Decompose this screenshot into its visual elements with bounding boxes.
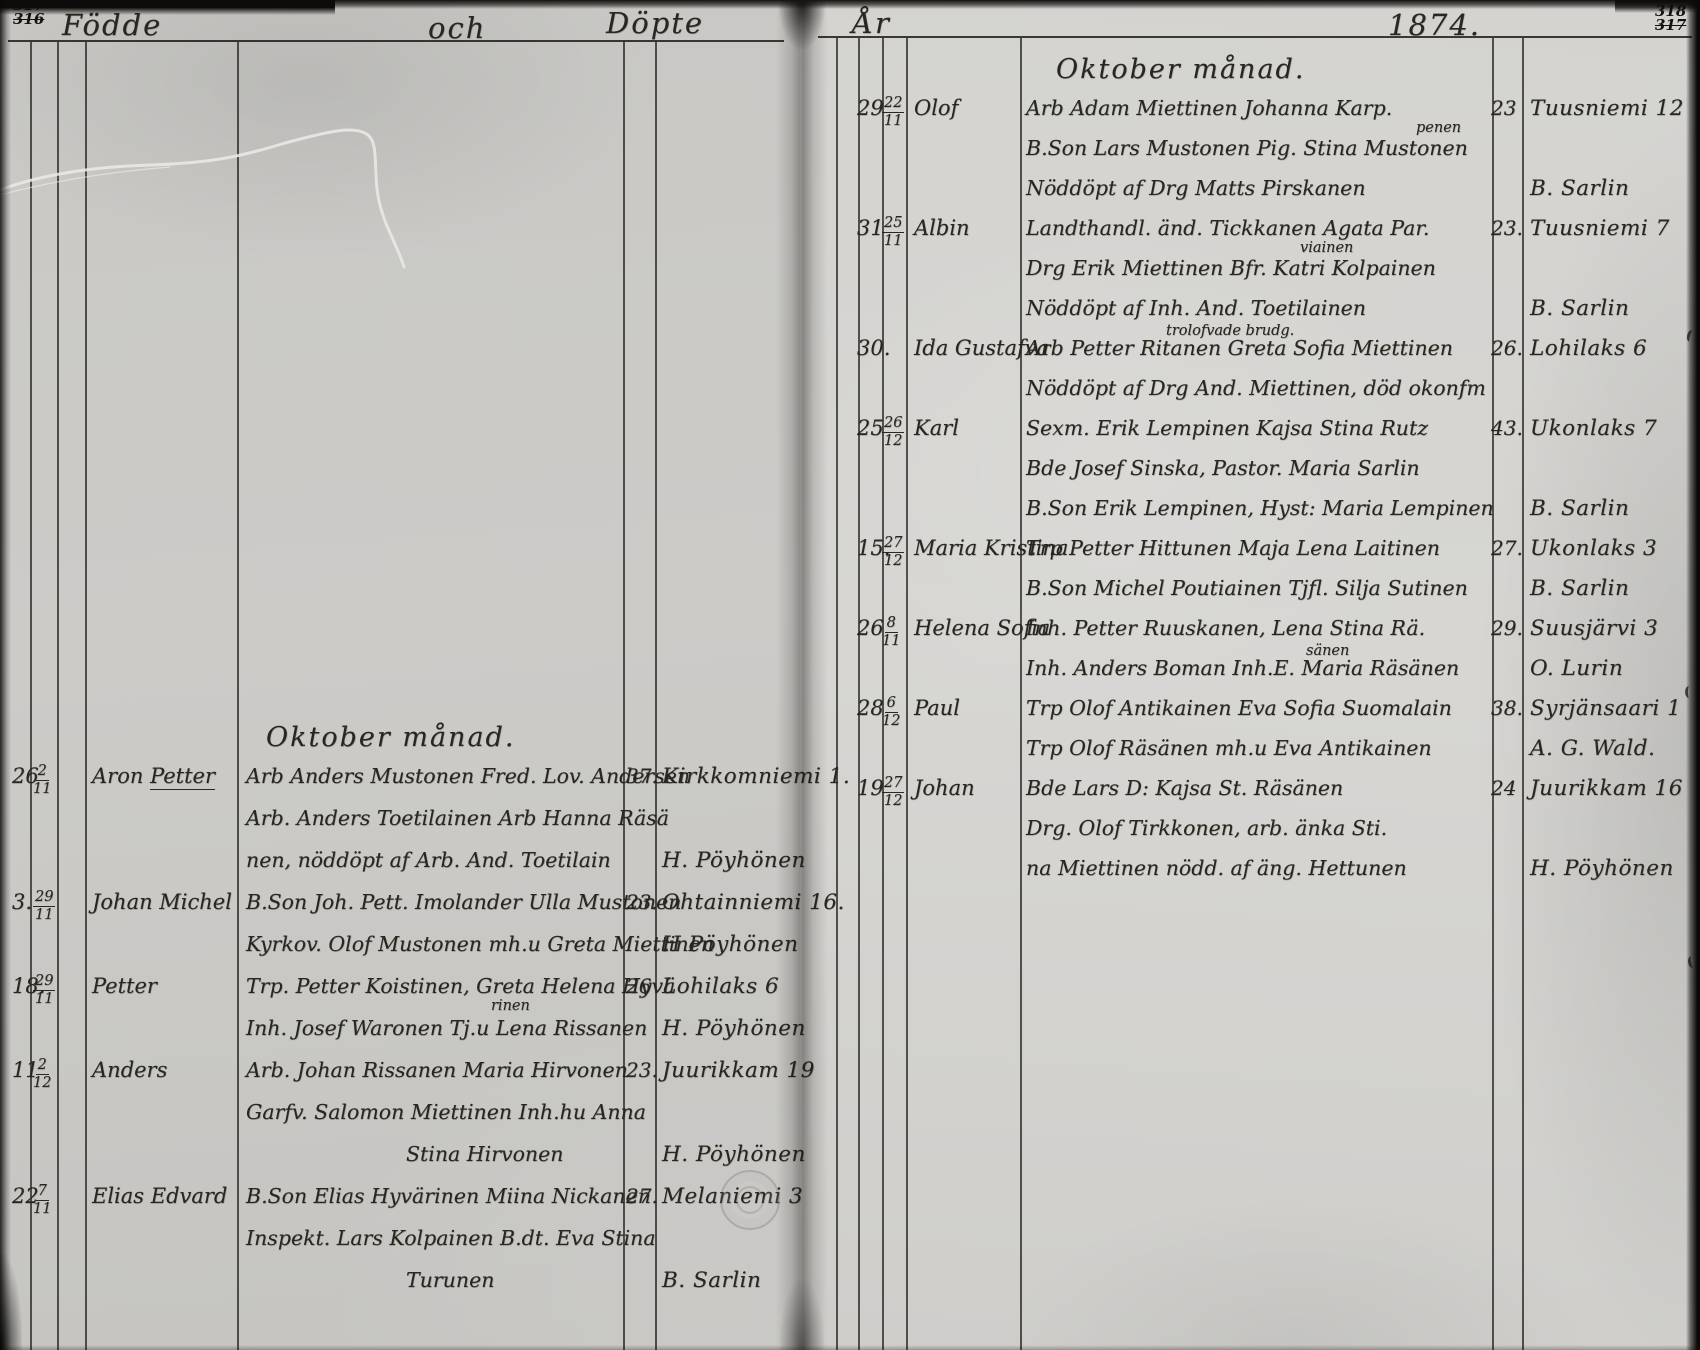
entry-parish: Suusjärvi 3 <box>1530 616 1658 641</box>
entry-date: 2712 <box>882 536 904 568</box>
entry-row: 192712JohanBde Lars D: Kajsa St. Räsänen… <box>0 776 1700 812</box>
entry-text: Bde Lars D: Kajsa St. Räsänen <box>1026 776 1343 800</box>
entry-row: 26811Helena SofiaInh. Petter Ruuskanen, … <box>0 616 1700 652</box>
entry-date-day: 6 <box>885 696 898 713</box>
entry-row: 28612PaulTrp Olof Antikainen Eva Sofia S… <box>0 696 1700 732</box>
entry-date: 2712 <box>882 776 904 808</box>
entry-date: 2211 <box>882 96 904 128</box>
entry-date: 2612 <box>882 416 904 448</box>
binding-gutter <box>776 0 828 1350</box>
entry-number: 29 <box>857 96 884 120</box>
entry-date-day: 27 <box>882 536 904 553</box>
entry-row: 15.2712Maria KristinaTrp Petter Hittunen… <box>0 536 1700 572</box>
entry-name: Albin <box>914 216 970 240</box>
entry-note: sänen <box>1306 643 1349 659</box>
entry-text: Drg. Olof Tirkkonen, arb. änka Sti. <box>1026 816 1387 840</box>
entry-date: 811 <box>882 616 900 648</box>
entry-parish: B. Sarlin <box>1530 176 1629 201</box>
entry-age: 27. <box>1491 536 1523 560</box>
embossed-seal-inner <box>736 1186 764 1214</box>
entry-text: B.Son Lars Mustonen Pig. Stina Mustonen <box>1026 136 1468 160</box>
entry-parish: H. Pöyhönen <box>1530 856 1674 881</box>
entry-name: Karl <box>914 416 959 440</box>
entry-parish: Ukonlaks 3 <box>1530 536 1657 561</box>
entry-date-day: 27 <box>882 776 904 793</box>
entry-date-month: 12 <box>884 433 902 449</box>
entry-text: Inh. Petter Ruuskanen, Lena Stina Rä. <box>1026 616 1425 640</box>
entry-age: 23. <box>1491 216 1523 240</box>
entry-parish: B. Sarlin <box>1530 576 1629 601</box>
binding-gutter-shadow <box>780 1280 824 1350</box>
entry-row: Drg. Olof Tirkkonen, arb. änka Sti. <box>0 816 1700 852</box>
entry-text: Sexm. Erik Lempinen Kajsa Stina Rutz <box>1026 416 1428 440</box>
paper-crease <box>0 105 450 305</box>
entry-text: na Miettinen nödd. af äng. Hettunen <box>1026 856 1407 880</box>
entry-text: B.Son Michel Poutiainen Tjfl. Silja Suti… <box>1026 576 1468 600</box>
entry-date-month: 11 <box>884 233 902 249</box>
entry-text: Trp Petter Hittunen Maja Lena Laitinen <box>1026 536 1440 560</box>
entry-text: Trp Olof Antikainen Eva Sofia Suomalain <box>1026 696 1452 720</box>
entry-date-month: 12 <box>882 713 900 729</box>
entry-text: Arb Petter Ritanen Greta Sofia Miettinen <box>1026 336 1453 360</box>
entry-name: Olof <box>914 96 958 120</box>
entry-number: 31 <box>857 216 884 240</box>
entry-age: 43. <box>1491 416 1523 440</box>
entry-row: 252612KarlSexm. Erik Lempinen Kajsa Stin… <box>0 416 1700 452</box>
scan-edge <box>1686 0 1700 1350</box>
entry-text: Drg Erik Miettinen Bfr. Katri Kolpainen <box>1026 256 1436 280</box>
scan-edge-corner <box>0 1255 22 1350</box>
entry-text: Nöddöpt af Inh. And. Toetilainen <box>1026 296 1366 320</box>
embossed-seal <box>720 1170 780 1230</box>
entry-name: Johan <box>914 776 975 800</box>
entry-age: 24 <box>1491 776 1516 800</box>
entry-parish: Juurikkam 16 <box>1530 776 1683 801</box>
entry-row: B.Son Michel Poutiainen Tjfl. Silja Suti… <box>0 576 1700 612</box>
page-edge-mark <box>1685 686 1693 698</box>
scan-edge <box>0 1345 1700 1350</box>
entry-parish: Syrjänsaari 1 <box>1530 696 1681 721</box>
entry-age: 38. <box>1491 696 1523 720</box>
entry-text: Arb Adam Miettinen Johanna Karp. <box>1026 96 1392 120</box>
entry-row: Bde Josef Sinska, Pastor. Maria Sarlin <box>0 456 1700 492</box>
entry-date-month: 11 <box>884 113 902 129</box>
entry-note: trolofvade brudg. <box>1166 323 1294 339</box>
entry-row: Inh. Anders Boman Inh.E. Maria RäsänenO.… <box>0 656 1700 692</box>
entry-number: 25 <box>857 416 884 440</box>
entry-parish: O. Lurin <box>1530 656 1623 681</box>
entry-number: 30. <box>857 336 890 360</box>
entry-parish: Ukonlaks 7 <box>1530 416 1657 441</box>
entry-parish: A. G. Wald. <box>1530 736 1655 761</box>
entry-age: 26. <box>1491 336 1523 360</box>
entry-number: 19 <box>857 776 884 800</box>
entry-text: Nöddöpt af Drg Matts Pirskanen <box>1026 176 1366 200</box>
entry-date-day: 8 <box>885 616 898 633</box>
entry-date-day: 22 <box>882 96 904 113</box>
entry-date-month: 11 <box>882 633 900 649</box>
entry-row: Trp Olof Räsänen mh.u Eva AntikainenA. G… <box>0 736 1700 772</box>
entry-parish: Tuusniemi 7 <box>1530 216 1670 241</box>
entry-parish: B. Sarlin <box>1530 296 1629 321</box>
entry-text: Inh. Anders Boman Inh.E. Maria Räsänen <box>1026 656 1459 680</box>
entry-note: penen <box>1416 120 1461 136</box>
entry-row: Nöddöpt af Drg And. Miettinen, död okonf… <box>0 376 1700 412</box>
entry-text: Trp Olof Räsänen mh.u Eva Antikainen <box>1026 736 1432 760</box>
entry-date-month: 12 <box>884 793 902 809</box>
entry-age: 29. <box>1491 616 1523 640</box>
entry-row: 30.Ida GustafvaArb Petter Ritanen Greta … <box>0 336 1700 372</box>
entry-row: na Miettinen nödd. af äng. HettunenH. Pö… <box>0 856 1700 892</box>
entry-name: Paul <box>914 696 960 720</box>
entry-text: B.Son Erik Lempinen, Hyst: Maria Lempine… <box>1026 496 1494 520</box>
entry-parish: Lohilaks 6 <box>1530 336 1647 361</box>
entry-text: Landthandl. änd. Tickkanen Agata Par. <box>1026 216 1429 240</box>
ledger-scan: 317 316 Födde och Döpte År 1874. 318 317… <box>0 0 1700 1350</box>
entry-text: Nöddöpt af Drg And. Miettinen, död okonf… <box>1026 376 1486 400</box>
entry-age: 23 <box>1491 96 1516 120</box>
entry-text: Bde Josef Sinska, Pastor. Maria Sarlin <box>1026 456 1420 480</box>
entry-date-day: 25 <box>882 216 904 233</box>
entry-parish: B. Sarlin <box>1530 496 1629 521</box>
entry-number: 26 <box>857 616 884 640</box>
entry-date: 612 <box>882 696 900 728</box>
scan-edge <box>0 0 11 1350</box>
entry-date-day: 26 <box>882 416 904 433</box>
entry-date-month: 12 <box>884 553 902 569</box>
entry-date: 2511 <box>882 216 904 248</box>
entry-number: 28 <box>857 696 884 720</box>
scan-edge <box>0 0 335 15</box>
entry-parish: Tuusniemi 12 <box>1530 96 1684 121</box>
entry-note: viainen <box>1300 240 1353 256</box>
entry-row: B.Son Erik Lempinen, Hyst: Maria Lempine… <box>0 496 1700 532</box>
